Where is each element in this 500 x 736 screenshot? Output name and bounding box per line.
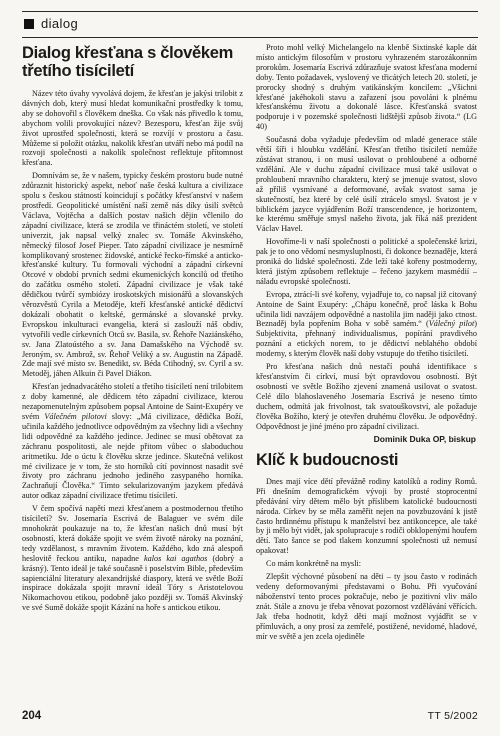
left-column: Dialog křesťana s člověkemtřetího tisíci… xyxy=(22,43,243,698)
article1-paragraph: V čem spočívá napětí mezi křesťanem a po… xyxy=(22,504,243,613)
header-bottom-rule xyxy=(22,37,478,38)
article1-title-line1: Dialog křesťana s člověkem xyxy=(22,44,233,62)
article1-paragraph: Evropa, ztrácí-li své kořeny, vyjadřuje … xyxy=(256,290,477,359)
magazine-page: dialog Dialog křesťana s člověkemtřetího… xyxy=(0,0,500,736)
article1-paragraph: Pro křesťana našich dnů nestačí pouhá id… xyxy=(256,362,477,431)
article1-paragraph: Název této úvahy vyvolává dojem, že křes… xyxy=(22,89,243,168)
section-label-row: dialog xyxy=(22,12,478,37)
article1-paragraph: Křesťan jednadvacátého století a třetího… xyxy=(22,382,243,501)
article1-paragraph: Domnívám se, že v našem, typicky českém … xyxy=(22,171,243,379)
page-number: 204 xyxy=(22,710,41,722)
book-title-emphasis: Válečný pilot xyxy=(429,319,475,328)
section-label: dialog xyxy=(41,16,78,31)
page-footer: 204 TT 5/2002 xyxy=(22,710,478,722)
article1-paragraph: Proto mohl velký Michelangelo na klenbě … xyxy=(256,43,477,132)
section-header: dialog xyxy=(22,0,478,38)
right-column: Proto mohl velký Michelangelo na klenbě … xyxy=(256,43,477,698)
article2-paragraph: Zlepšit výchovné působení na děti – ty j… xyxy=(256,572,477,641)
section-square-icon xyxy=(24,19,34,29)
paragraph-text: slovy: „Má civilizace, dědička Boží, uči… xyxy=(22,412,243,500)
article1-title: Dialog křesťana s člověkemtřetího tisíci… xyxy=(22,45,243,80)
article1-paragraph: Současná doba vyžaduje především od mlad… xyxy=(256,135,477,234)
book-title-emphasis: Válečném pilotovi xyxy=(44,412,106,421)
article1-paragraph: Hovoříme-li v naší společnosti o politic… xyxy=(256,237,477,287)
issue-label: TT 5/2002 xyxy=(428,710,478,722)
article-columns: Dialog křesťana s člověkemtřetího tisíci… xyxy=(22,43,478,698)
greek-phrase-emphasis: kalos kai agathos xyxy=(144,554,207,563)
author-byline: Dominik Duka OP, biskup xyxy=(256,434,476,444)
article2-paragraph: Co mám konkrétně na mysli: xyxy=(256,559,477,569)
article2-title: Klíč k budoucnosti xyxy=(256,452,477,470)
article1-title-line2: třetího tisíciletí xyxy=(22,62,134,80)
article2-paragraph: Dnes mají více dětí převážně rodiny kato… xyxy=(256,477,477,556)
